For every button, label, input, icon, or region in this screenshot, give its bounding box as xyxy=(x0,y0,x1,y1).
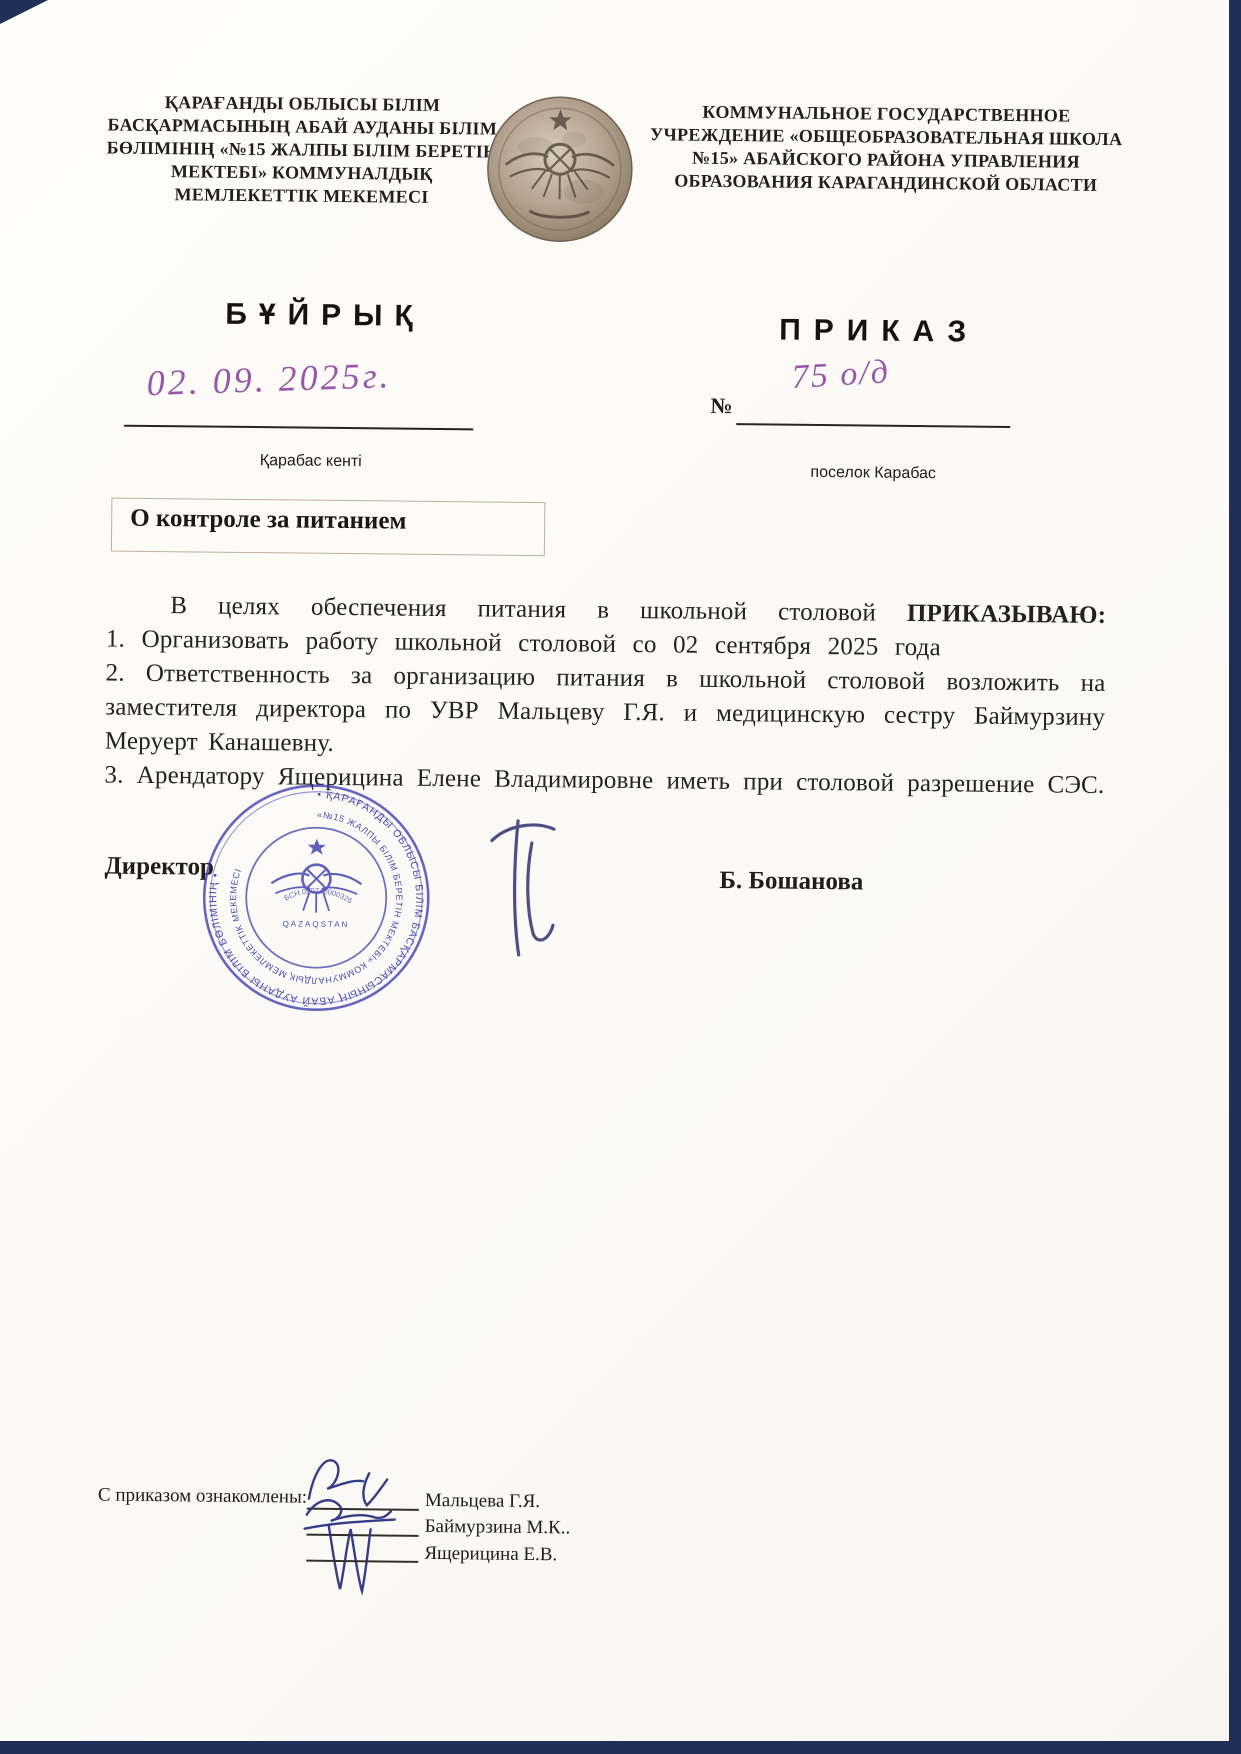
director-name: Б. Бошанова xyxy=(719,867,863,897)
order-body: В целях обеспечения питания в школьной с… xyxy=(104,589,1106,803)
scanned-order-page: ҚАРАҒАНДЫ ОБЛЫСЫ БІЛІМ БАСҚАРМАСЫНЫҢ АБА… xyxy=(0,0,1241,1754)
order-title-kazakh: БҰЙРЫҚ xyxy=(225,298,425,334)
director-label: Директор xyxy=(104,853,214,882)
subject-text: О контроле за питанием xyxy=(130,505,407,536)
ack-name-maltseva: Мальцева Г.Я. xyxy=(425,1490,540,1513)
subject-box: О контроле за питанием xyxy=(111,498,546,557)
scan-corner-fold xyxy=(0,0,48,24)
document-content: ҚАРАҒАНДЫ ОБЛЫСЫ БІЛІМ БАСҚАРМАСЫНЫҢ АБА… xyxy=(0,0,1230,1753)
place-kazakh: Қарабас кенті xyxy=(231,452,391,472)
kazakhstan-emblem-icon xyxy=(485,94,635,244)
intro-text: В целях обеспечения питания в школьной с… xyxy=(170,592,876,626)
acknowledgement-label: С приказом ознакомлены: xyxy=(98,1484,307,1508)
handwritten-order-number: 75 о/д xyxy=(791,353,891,397)
org-name-russian: КОММУНАЛЬНОЕ ГОСУДАРСТВЕННОЕ УЧРЕЖДЕНИЕ … xyxy=(647,100,1126,197)
stamp-center-text: QAZAQSTAN xyxy=(283,919,350,929)
director-signature xyxy=(473,806,579,963)
order-number-sign: № xyxy=(710,393,732,419)
handwritten-date: 02. 09. 2025г. xyxy=(146,354,392,404)
ack-name-baimurzina: Баймурзина М.К.. xyxy=(425,1516,571,1540)
place-russian: поселок Карабас xyxy=(796,464,951,484)
official-round-stamp-icon: • ҚАРАҒАНДЫ ОБЛЫСЫ БІЛІМ БАСҚАРМАСЫНЫҢ А… xyxy=(198,780,434,1016)
org-name-kazakh: ҚАРАҒАНДЫ ОБЛЫСЫ БІЛІМ БАСҚАРМАСЫНЫҢ АБА… xyxy=(101,90,502,209)
order-title-russian: ПРИКАЗ xyxy=(779,314,979,350)
ack-name-yashcheritsina: Ящерицина Е.В. xyxy=(424,1543,557,1566)
paper-sheet: ҚАРАҒАНДЫ ОБЛЫСЫ БІЛІМ БАСҚАРМАСЫНЫҢ АБА… xyxy=(0,0,1229,1741)
intro-bold-word: ПРИКАЗЫВАЮ: xyxy=(907,600,1107,629)
number-underline xyxy=(736,423,1010,428)
date-underline xyxy=(124,425,473,431)
